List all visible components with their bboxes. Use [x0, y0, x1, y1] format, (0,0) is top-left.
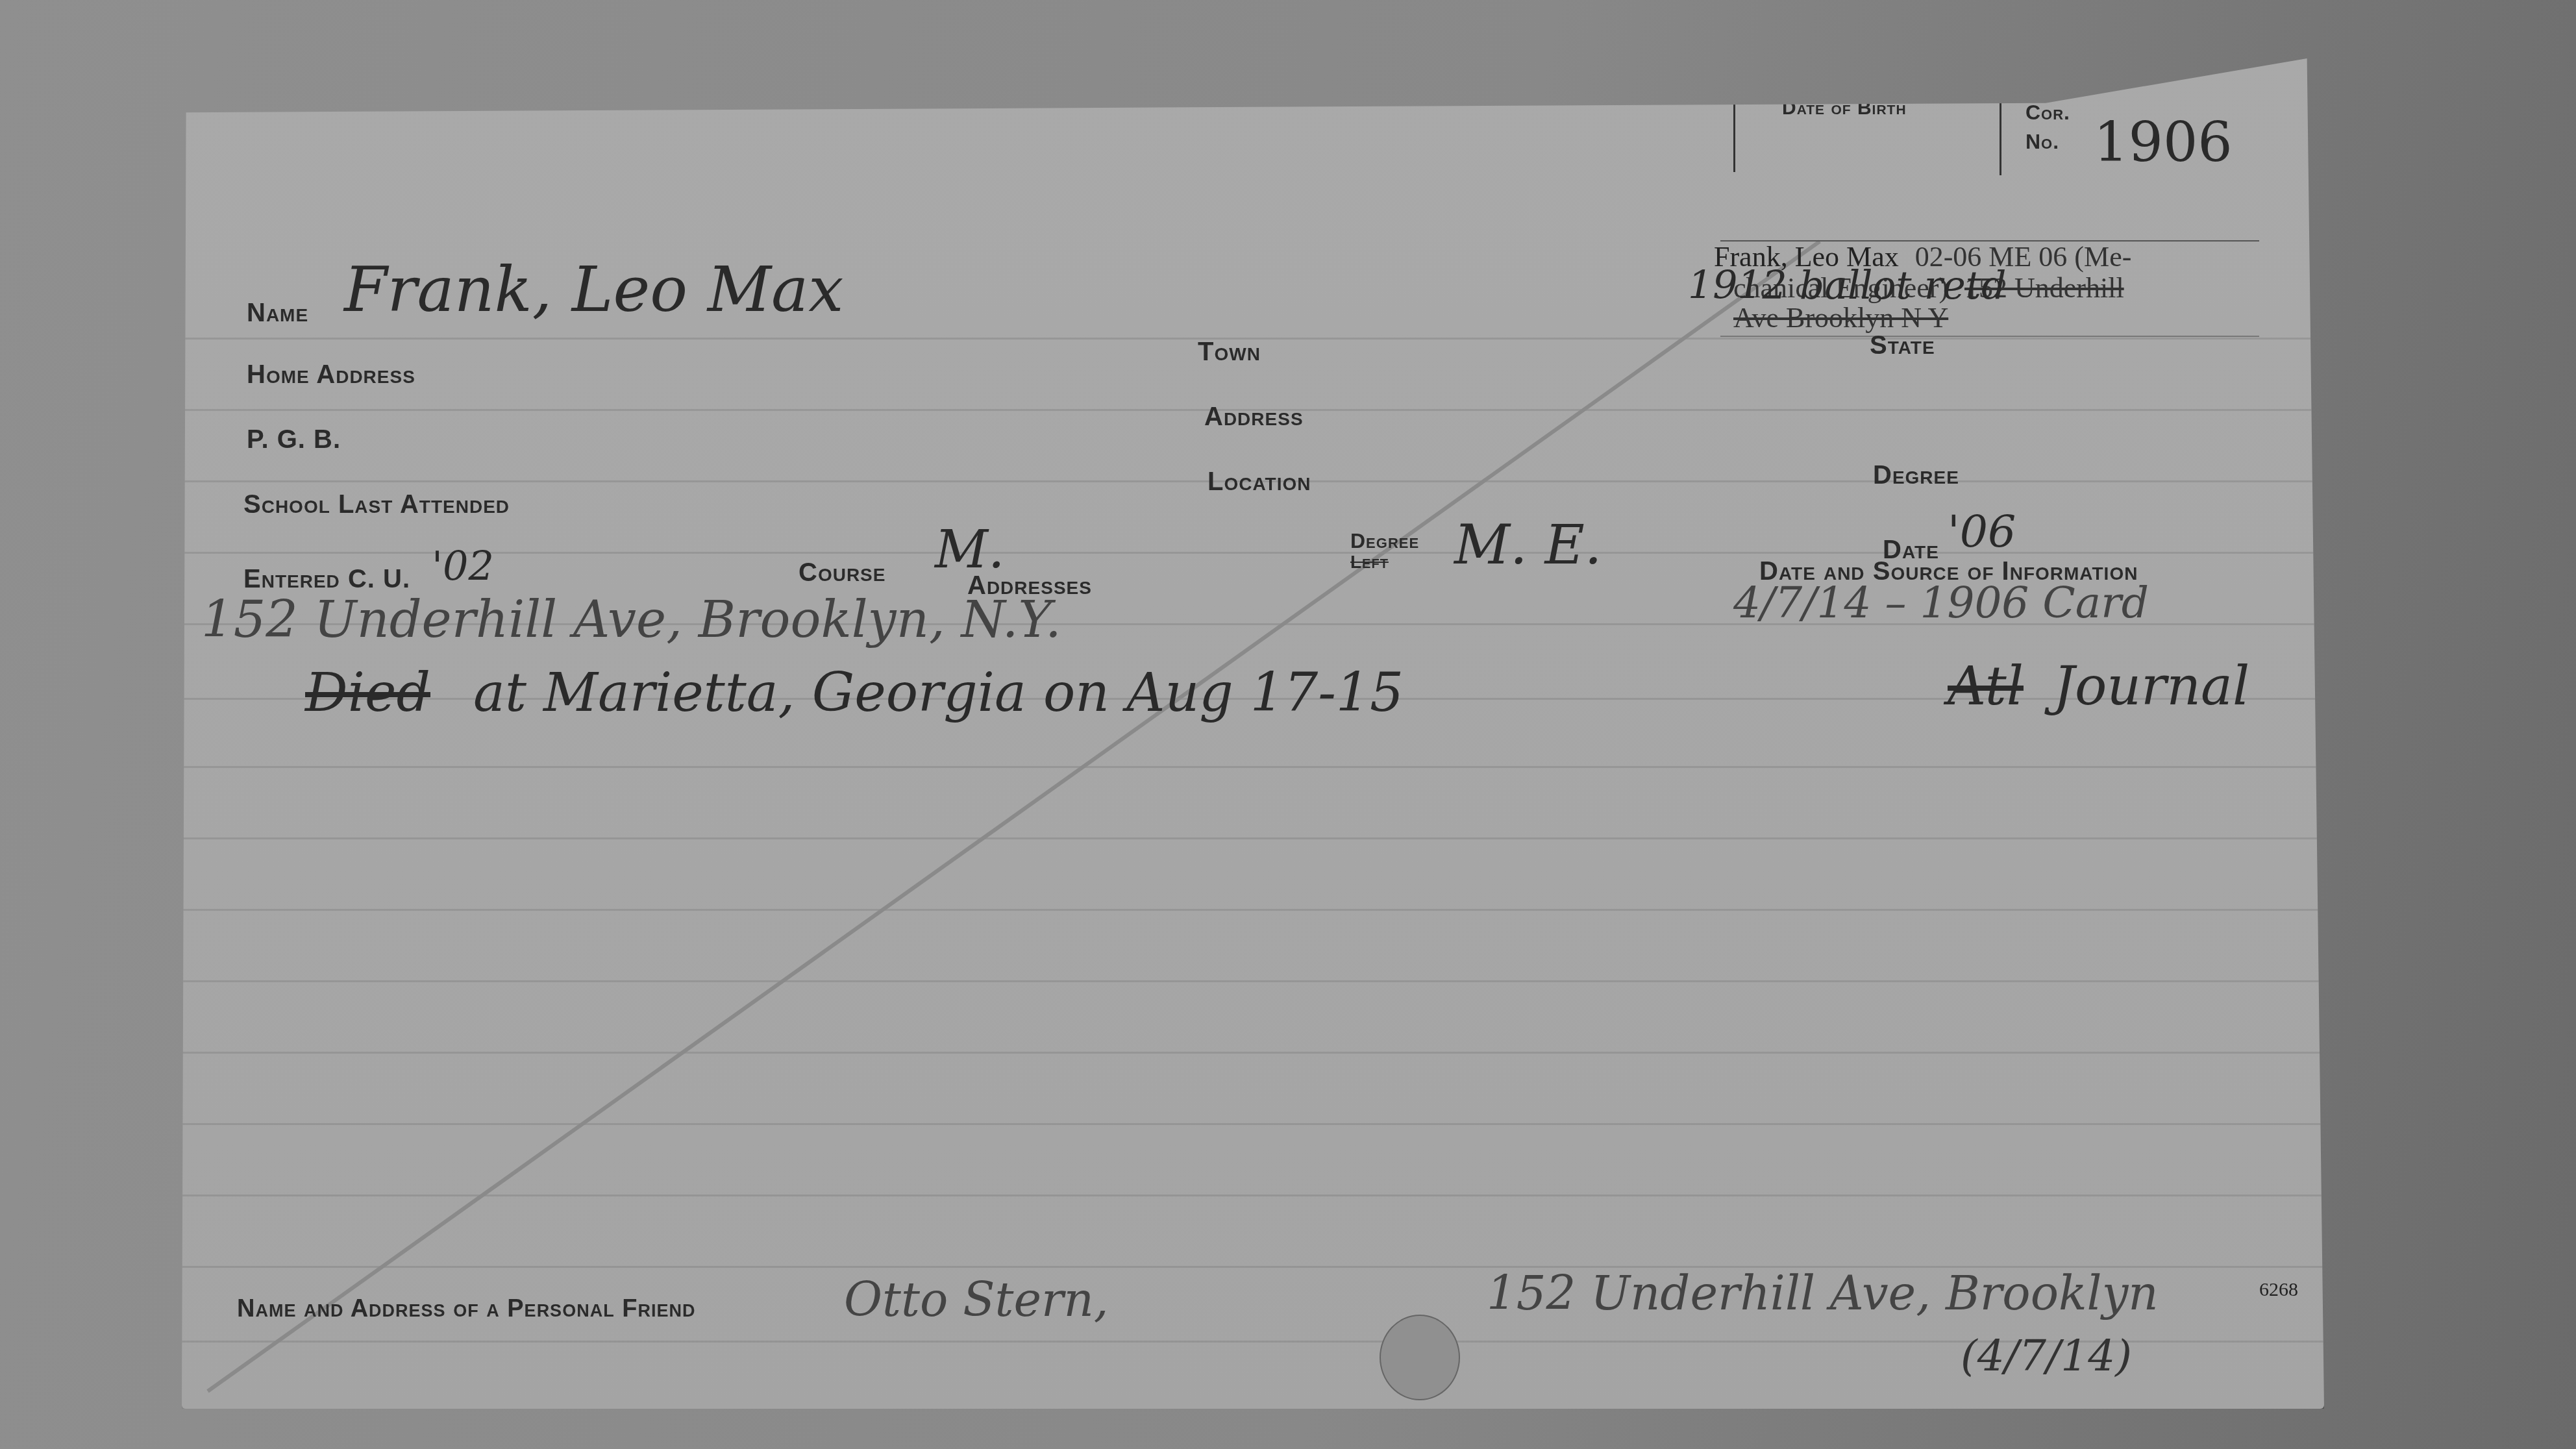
left-struck-label: Left	[1350, 552, 1389, 573]
ballot-annotation: 1912 ballot retd	[1688, 263, 2006, 308]
entered-cu-label: Entered C. U.	[243, 565, 410, 594]
died-struck: Died	[305, 662, 430, 724]
diagonal-cancel-line	[206, 240, 1821, 1393]
pgb-label: P. G. B.	[247, 425, 341, 454]
entered-value: '02	[432, 542, 494, 589]
address-label: Address	[1204, 402, 1304, 432]
date-value: '06	[1948, 506, 2016, 558]
no-label: No.	[2025, 130, 2059, 154]
date-of-birth-label: Date of Birth	[1782, 97, 1907, 119]
state-label: State	[1870, 331, 1935, 360]
alumni-record-card: Date of Birth Cor. No. 1906 Frank, Leo M…	[182, 58, 2324, 1409]
atl-struck: Atl	[1948, 656, 2024, 717]
location-label: Location	[1207, 467, 1311, 497]
town-label: Town	[1198, 338, 1261, 367]
personal-friend-label: Name and Address of a Personal Friend	[237, 1295, 695, 1323]
death-source: Atl Journal	[1948, 656, 2249, 717]
cor-number: 1906	[2094, 110, 2233, 174]
friend-address: 152 Underhill Ave, Brooklyn	[1487, 1266, 2159, 1320]
date-source-entry: 4/7/14 – 1906 Card	[1733, 578, 2149, 628]
home-address-label: Home Address	[247, 360, 415, 390]
card-number: 6268	[2259, 1279, 2298, 1301]
friend-name: Otto Stern,	[844, 1272, 1109, 1327]
death-entry: Died at Marietta, Georgia on Aug 17-15	[305, 662, 1404, 724]
name-value: Frank, Leo Max	[344, 253, 843, 326]
death-place: at Marietta, Georgia on Aug 17-15	[473, 662, 1404, 724]
address-entry: 152 Underhill Ave, Brooklyn, N.Y.	[201, 591, 1061, 649]
school-last-attended-label: School Last Attended	[243, 490, 510, 519]
name-label: Name	[247, 299, 308, 328]
degree-label: Degree	[1873, 461, 1959, 490]
journal-source: Journal	[2053, 656, 2249, 717]
header-divider	[1733, 88, 1735, 172]
friend-date: (4/7/14)	[1961, 1331, 2132, 1381]
course-label: Course	[799, 558, 885, 588]
cor-label: Cor.	[2025, 101, 2070, 125]
degree-left-value: M. E.	[1454, 513, 1602, 576]
degree-left-label: Degree	[1350, 529, 1419, 553]
header-divider	[2000, 84, 2001, 175]
punch-hole	[1380, 1315, 1460, 1400]
